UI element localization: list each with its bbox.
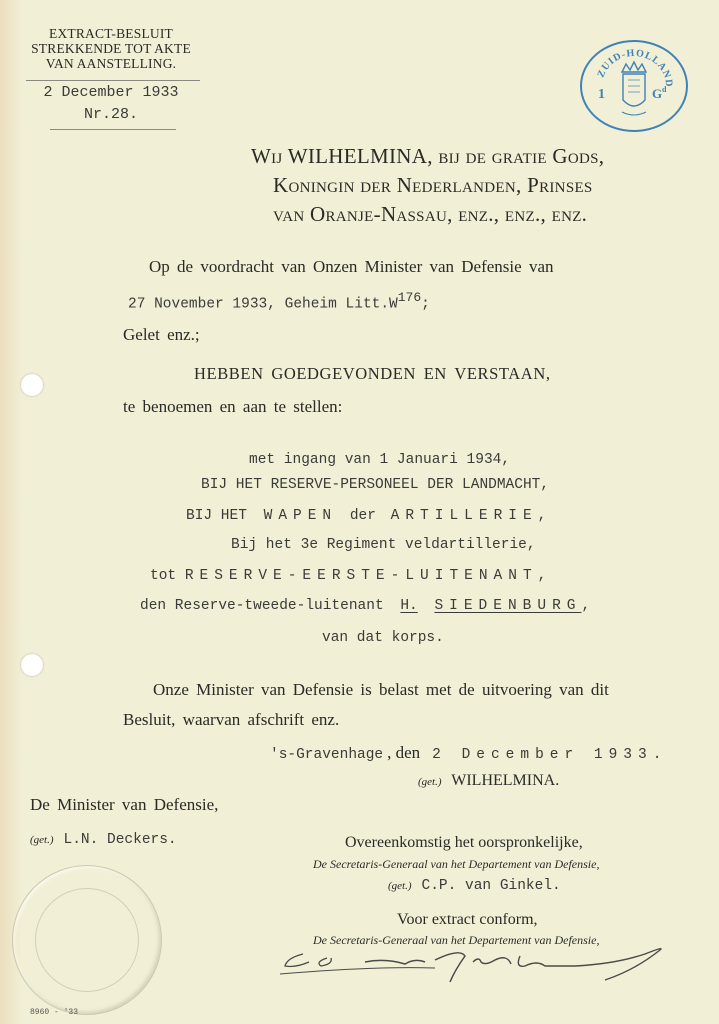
header-number: Nr.28. — [0, 106, 222, 123]
preamble-semicolon: ; — [421, 296, 430, 312]
appointment-rank-title: RESERVE-EERSTE-LUITENANT, — [185, 568, 553, 584]
header-date: 2 December 1933 — [0, 84, 222, 101]
appointee-initial: H. — [400, 598, 417, 614]
decree-heading: HEBBEN GOEDGEVONDEN EN VERSTAAN, — [194, 364, 551, 384]
svg-text:G: G — [652, 86, 662, 101]
punch-hole-top — [21, 374, 43, 396]
certification-signed-prefix: (get.) — [388, 880, 412, 892]
svg-text:d: d — [662, 85, 667, 94]
stamp-crest-icon: ZUID-HOLLAND 1 G d — [582, 42, 686, 130]
header-title-line-2: STREKKENDE TOT AKTE — [0, 41, 222, 56]
appointment-rank: tot RESERVE-EERSTE-LUITENANT, — [150, 568, 552, 584]
minister-title: De Minister van Defensie, — [30, 795, 218, 815]
svg-text:ZUID-HOLLAND: ZUID-HOLLAND — [596, 48, 675, 88]
closing-place: 's-Gravenhage — [270, 747, 383, 763]
closing-line-1: Onze Minister van Defensie is belast met… — [153, 680, 609, 700]
appointee-current-rank: den Reserve-tweede-luitenant — [140, 598, 384, 614]
appointment-start-date: met ingang van 1 Januari 1934, — [249, 452, 510, 468]
header-divider — [26, 80, 200, 81]
embossed-seal — [12, 865, 162, 1015]
appointment-weapon-der: der — [350, 508, 376, 524]
svg-text:1: 1 — [598, 87, 605, 102]
decree-intro: te benoemen en aan te stellen: — [123, 397, 342, 417]
appointment-weapon-word: WAPEN — [264, 508, 338, 524]
appointment-weapon-prefix: BIJ HET — [186, 508, 247, 524]
appointment-weapon: BIJ HET WAPEN der ARTILLERIE, — [186, 508, 552, 524]
certification-line-2: Voor extract conform, — [397, 911, 538, 929]
royal-title-wij: Wij — [251, 144, 283, 168]
appointment-corps: van dat korps. — [322, 630, 444, 646]
appointment-rank-prefix: tot — [150, 568, 176, 584]
punch-hole-bottom — [21, 654, 43, 676]
closing-signed-prefix: (get.) — [418, 776, 442, 788]
revenue-stamp: ZUID-HOLLAND 1 G d — [580, 40, 688, 132]
appointment-weapon-branch: ARTILLERIE, — [391, 508, 553, 524]
header-title-line-3: VAN AANSTELLING. — [0, 56, 222, 71]
closing-date: 2 December 1933. — [432, 747, 667, 763]
appointment-reserve-personnel: BIJ HET RESERVE-PERSONEEL DER LANDMACHT, — [201, 477, 549, 493]
closing-signed-by: WILHELMINA. — [451, 772, 559, 789]
royal-title-line-2: Koningin der Nederlanden, Prinses — [273, 173, 593, 198]
document-page: EXTRACT-BESLUIT STREKKENDE TOT AKTE VAN … — [0, 0, 719, 1024]
certification-role: De Secretaris-Generaal van het Departeme… — [313, 857, 599, 872]
closing-signature: (get.) WILHELMINA. — [418, 772, 559, 790]
preamble-line-2: 27 November 1933, Geheim Litt.W176; — [128, 290, 430, 312]
royal-title-line-3: van Oranje-Nassau, enz., enz., enz. — [273, 202, 587, 227]
royal-title-name: WILHELMINA, — [288, 144, 433, 168]
appointee-comma: , — [581, 598, 590, 614]
preamble-line-3: Gelet enz.; — [123, 325, 200, 345]
appointment-appointee: den Reserve-tweede-luitenant H. SIEDENBU… — [140, 598, 590, 614]
minister-name: L.N. Deckers. — [64, 832, 177, 848]
certification-signature: (get.) C.P. van Ginkel. — [388, 876, 561, 894]
form-number: 8960 - '33 — [30, 1008, 78, 1017]
minister-signed-prefix: (get.) — [30, 834, 54, 846]
closing-place-date: 's-Gravenhage , den 2 December 1933. — [270, 743, 667, 763]
closing-line-2: Besluit, waarvan afschrift enz. — [123, 710, 339, 730]
header-title-line-1: EXTRACT-BESLUIT — [0, 26, 222, 41]
certification-name: C.P. van Ginkel. — [422, 878, 561, 894]
header-divider-2 — [50, 129, 176, 130]
handwritten-signature-icon — [275, 940, 675, 985]
closing-den: , den — [387, 743, 420, 762]
royal-title-grace: bij de gratie Gods, — [438, 144, 604, 168]
minister-signature: (get.) L.N. Deckers. — [30, 830, 177, 848]
preamble-line-1: Op de voordracht van Onzen Minister van … — [149, 257, 553, 277]
royal-title-line-1: Wij WILHELMINA, bij de gratie Gods, — [251, 144, 604, 169]
certification-line-1: Overeenkomstig het oorspronkelijke, — [345, 834, 583, 852]
preamble-reference: 27 November 1933, Geheim Litt.W — [128, 296, 398, 312]
embossed-seal-crest-icon — [35, 888, 139, 992]
preamble-reference-number: 176 — [398, 290, 421, 305]
appointment-regiment: Bij het 3e Regiment veldartillerie, — [231, 537, 536, 553]
appointee-surname: SIEDENBURG — [434, 598, 581, 614]
